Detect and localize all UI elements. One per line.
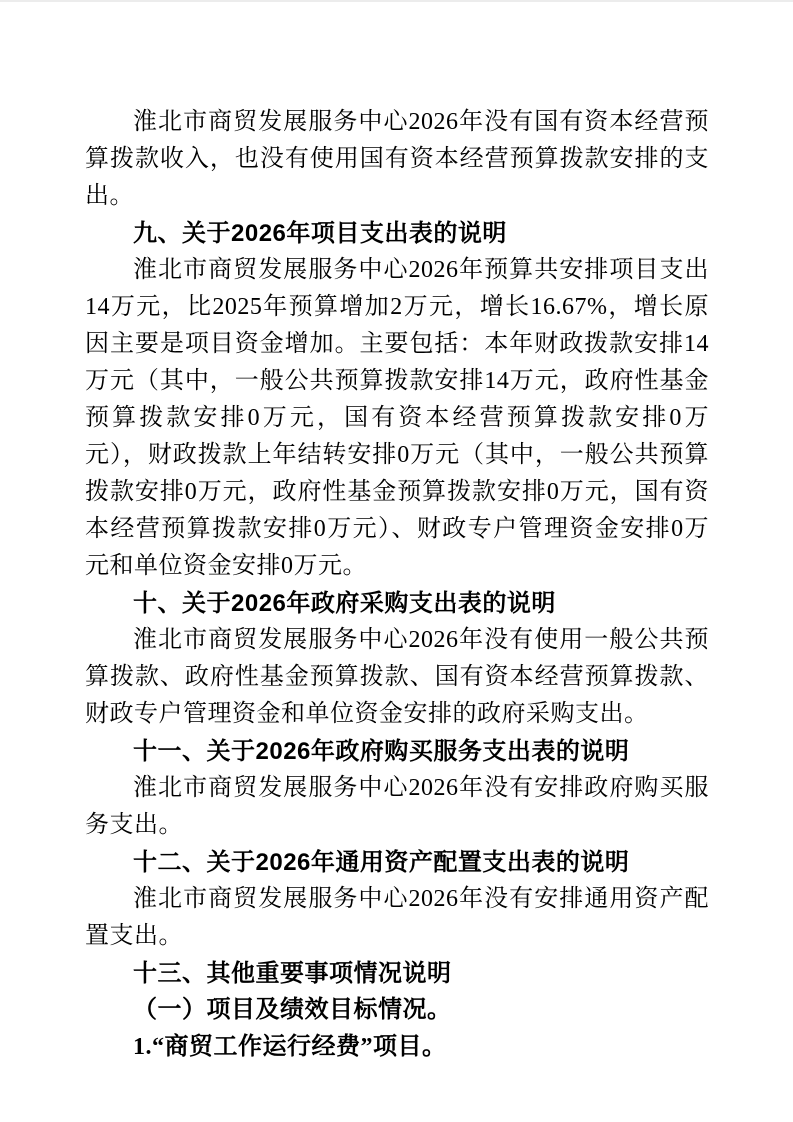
paragraph-asset-allocation-detail: 淮北市商贸发展服务中心2026年没有安排通用资产配置支出。: [85, 881, 709, 955]
paragraph-project-expenditure-detail: 淮北市商贸发展服务中心2026年预算共安排项目支出14万元，比2025年预算增加…: [85, 252, 709, 585]
page-edge-shadow: [0, 0, 793, 2]
item-commerce-operating-funds-project: 1.“商贸工作运行经费”项目。: [85, 1029, 709, 1066]
paragraph-government-procurement-detail: 淮北市商贸发展服务中心2026年没有使用一般公共预算拨款、政府性基金预算拨款、国…: [85, 622, 709, 733]
heading-section-13-other-matters: 十三、其他重要事项情况说明: [85, 955, 709, 992]
paragraph-purchased-services-detail: 淮北市商贸发展服务中心2026年没有安排政府购买服务支出。: [85, 770, 709, 844]
heading-section-12-asset-allocation: 十二、关于2026年通用资产配置支出表的说明: [85, 844, 709, 881]
heading-section-9-project-expenditure: 九、关于2026年项目支出表的说明: [85, 215, 709, 252]
subheading-project-performance-goals: （一）项目及绩效目标情况。: [85, 992, 709, 1029]
heading-section-10-government-procurement: 十、关于2026年政府采购支出表的说明: [85, 585, 709, 622]
document-content: 淮北市商贸发展服务中心2026年没有国有资本经营预算拨款收入，也没有使用国有资本…: [85, 104, 709, 1066]
paragraph-state-capital-budget: 淮北市商贸发展服务中心2026年没有国有资本经营预算拨款收入，也没有使用国有资本…: [85, 104, 709, 215]
heading-section-11-purchased-services: 十一、关于2026年政府购买服务支出表的说明: [85, 733, 709, 770]
document-page: 淮北市商贸发展服务中心2026年没有国有资本经营预算拨款收入，也没有使用国有资本…: [0, 0, 793, 1122]
